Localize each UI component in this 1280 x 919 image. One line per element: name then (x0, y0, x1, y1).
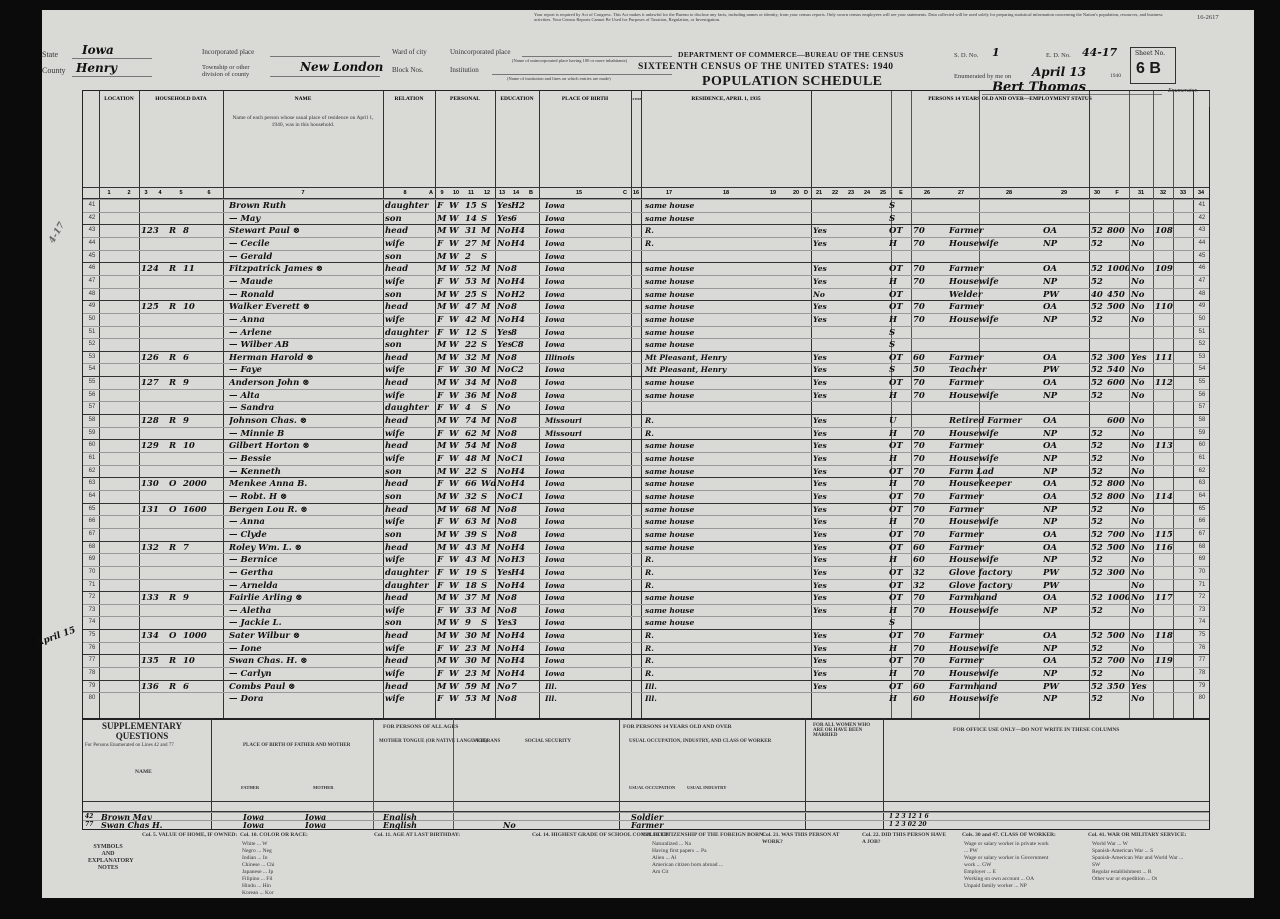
class-of-worker: NP (1043, 693, 1073, 706)
line-number: 62 (85, 468, 99, 474)
table-row: 6767— ClydesonMW39SNo8Iowasame houseYesO… (83, 528, 1209, 542)
column-number: 10 (449, 188, 463, 198)
supp-mother-tongue: MOTHER TONGUE (OR NATIVE LANGUAGE) (379, 739, 487, 744)
line-number-right: 69 (1195, 556, 1209, 562)
line-number-right: 54 (1195, 366, 1209, 372)
column-number: 4 (153, 188, 167, 198)
note-col11: Col. 11. AGE AT LAST BIRTHDAY: (374, 832, 460, 839)
line-number: 49 (85, 303, 99, 309)
line-number: 79 (85, 683, 99, 689)
line-number: 42 (85, 215, 99, 221)
class-of-worker-code: Wage or salary worker in private work ..… (964, 841, 1054, 855)
table-row: 6868132R7Roley Wm. L. ⊗headMW43MNoH4Iowa… (83, 541, 1209, 555)
line-number: 57 (85, 404, 99, 410)
line-number: 44 (85, 240, 99, 246)
line-number-right: 47 (1195, 278, 1209, 284)
column-number: C (619, 188, 631, 198)
column-number: 25 (875, 188, 891, 198)
grade: 8 (511, 693, 525, 706)
line-number: 51 (85, 329, 99, 335)
column-number: 28 (979, 188, 1039, 198)
color-code: Filipino ... Fil (242, 876, 352, 883)
line-number-right: 78 (1195, 670, 1209, 676)
column-number: 15 (539, 188, 619, 198)
line-number-right: 61 (1195, 455, 1209, 461)
column-number: 13 (495, 188, 509, 198)
group-birthplace: PLACE OF BIRTH (539, 91, 632, 107)
form-code: 16-2617 (1197, 14, 1219, 21)
state-value: Iowa (82, 43, 114, 57)
group-name: NAME (223, 91, 384, 107)
at-work (813, 693, 833, 706)
line-number: 77 (85, 821, 99, 829)
table-row: 5353126R6Herman Harold ⊗headMW32MNo8Illi… (83, 351, 1209, 365)
column-number: 2 (119, 188, 139, 198)
note-col30: Cols. 30 and 47. CLASS OF WORKER: (962, 832, 1056, 839)
line-number-right: 57 (1195, 404, 1209, 410)
table-row: 6464— Robt. H ⊗sonMW32SNoC1Iowasame hous… (83, 490, 1209, 504)
line-number-right: 45 (1195, 253, 1209, 259)
class-of-worker-code: Unpaid family worker ... NP (964, 883, 1054, 890)
line-number: 52 (85, 341, 99, 347)
residence-1935: Ill. (645, 693, 755, 706)
column-number: 18 (697, 188, 755, 198)
group-education: EDUCATION (495, 91, 540, 107)
line-number: 47 (85, 278, 99, 284)
line-number: 46 (85, 265, 99, 271)
column-number: 14 (509, 188, 523, 198)
column-number: 21 (811, 188, 827, 198)
table-row: 6363130O2000Menkee Anna B.headFW66WdNoH4… (83, 477, 1209, 491)
column-number: B (523, 188, 539, 198)
line-number: 59 (85, 430, 99, 436)
line-number-right: 43 (1195, 227, 1209, 233)
table-row: 6666— AnnawifeFW63MNo8Iowasame houseYesH… (83, 515, 1209, 529)
line-number: 72 (85, 594, 99, 600)
sheet-number-box: Sheet No. 6 B (1130, 47, 1176, 84)
table-row: 6969— BernicewifeFW43MNoH3IowaR.YesH60Ho… (83, 553, 1209, 567)
note-col16: Col. 16. CITIZENSHIP OF THE FOREIGN BORN… (642, 832, 765, 839)
township-label: Township or other division of county (202, 64, 268, 78)
column-number: 30 (1089, 188, 1105, 198)
table-row: 6565131O1600Bergen Lou R. ⊗headMW68MNo8I… (83, 503, 1209, 517)
line-number-right: 48 (1195, 291, 1209, 297)
table-row: 7575134O1000Sater Wilbur ⊗headMW30MNoH4I… (83, 629, 1209, 643)
color-code: Korean ... Kor (242, 890, 352, 897)
supp-usual-occ-head: USUAL OCCUPATION (629, 785, 675, 790)
line-number: 75 (85, 632, 99, 638)
line-number-right: 56 (1195, 392, 1209, 398)
color-code: Negro ... Neg (242, 848, 352, 855)
other-income: No (1131, 693, 1153, 706)
line-number-right: 75 (1195, 632, 1209, 638)
line-number: 65 (85, 506, 99, 512)
supp-mother-head: MOTHER (313, 785, 334, 790)
usual-occupation: Farmer (631, 821, 701, 829)
column-number: 8 (383, 188, 427, 198)
note-col5: Col. 5. VALUE OF HOME, IF OWNED: (142, 832, 237, 839)
table-row: 7070— GerthadaughterFW19SYesH4IowaR.YesO… (83, 566, 1209, 580)
table-row: 4242— MaysonMW14SYes6Iowasame houseS (83, 212, 1209, 226)
table-row: 7777135R10Swan Chas. H. ⊗headMW30MNoH4Io… (83, 654, 1209, 668)
column-number: 11 (463, 188, 479, 198)
line-number-right: 46 (1195, 265, 1209, 271)
employment-status: H (889, 693, 911, 706)
supp-all-ages: FOR PERSONS OF ALL AGES (383, 724, 458, 730)
color-code: Chinese ... Chi (242, 862, 352, 869)
column-number: 24 (859, 188, 875, 198)
military-code: Spanish-American War ... S (1092, 848, 1192, 855)
table-row: 7272133R9Fairlie Arling ⊗headMW37MNo8Iow… (83, 591, 1209, 605)
table-row: 4545— GeraldsonMW2SIowa (83, 250, 1209, 264)
table-row: 5050— AnnawifeFW42MNoH4Iowasame houseYes… (83, 313, 1209, 327)
supp-usual-group: USUAL OCCUPATION, INDUSTRY, AND CLASS OF… (629, 739, 771, 744)
column-number: 5 (167, 188, 195, 198)
line-number: 76 (85, 645, 99, 651)
unincorporated-label: Unincorporated place (450, 48, 510, 56)
color-code: White ... W (242, 841, 352, 848)
table-row: 5454— FayewifeFW30MNoC2IowaMt Pleasant, … (83, 363, 1209, 377)
table-row: 6161— BessiewifeFW48MNoC1Iowasame houseY… (83, 452, 1209, 466)
hours: 60 (913, 693, 939, 706)
supp-subtitle: For Persons Enumerated on Lines 42 and 7… (85, 743, 174, 748)
group-employment: PERSONS 14 YEARS OLD AND OVER—EMPLOYMENT… (811, 91, 1210, 107)
line-number-right: 60 (1195, 442, 1209, 448)
citizenship-code-list: Naturalized ... NaHaving first papers ..… (652, 841, 732, 876)
color-code: Japanese ... Jp (242, 869, 352, 876)
supp-veterans: VETERANS (473, 739, 500, 744)
column-number: 17 (641, 188, 697, 198)
line-number-right: 74 (1195, 619, 1209, 625)
column-number: 26 (911, 188, 943, 198)
farm-schedule (1155, 693, 1173, 706)
table-row: 5252— Wilber ABsonMW22SYesC8Iowasame hou… (83, 338, 1209, 352)
supp-women: FOR ALL WOMEN WHO ARE OR HAVE BEEN MARRI… (813, 723, 875, 738)
enumerated-year: 1940 (1110, 73, 1121, 79)
table-row: 7474— Jackie L.sonMW9SYes3Iowasame house… (83, 616, 1209, 630)
table-row: 6262— KennethsonMW22SNoH4Iowasame houseY… (83, 465, 1209, 479)
column-number: E (891, 188, 911, 198)
ed-value: 44-17 (1082, 46, 1117, 59)
supp-social-security: SOCIAL SECURITY (525, 739, 571, 744)
table-row: 4848— RonaldsonMW25SNoH2Iowasame houseNo… (83, 288, 1209, 302)
citizenship-code: Naturalized ... Na (652, 841, 732, 848)
line-number-right: 52 (1195, 341, 1209, 347)
line-number: 67 (85, 531, 99, 537)
military-code-list: World War ... WSpanish-American War ... … (1092, 841, 1192, 883)
supp-office: FOR OFFICE USE ONLY—DO NOT WRITE IN THES… (953, 727, 1119, 733)
table-row: 8080— DorawifeFW53MNo8Ill.Ill.H60Housewi… (83, 692, 1209, 706)
class-of-worker-code: Wage or salary worker in Government work… (964, 855, 1054, 869)
incorporated-label: Incorporated place (202, 48, 254, 56)
institution-label: Institution (450, 66, 479, 74)
column-number: A (427, 188, 435, 198)
table-row: 4646124R11Fitzpatrick James ⊗headMW52MNo… (83, 262, 1209, 276)
column-number: 3 (139, 188, 153, 198)
color-code-list: White ... WNegro ... NegIndian ... InChi… (242, 841, 352, 897)
supp-row: 77Swan Chas H.IowaIowaEnglishNoFarmer1 2… (83, 820, 1209, 829)
sd-label: S. D. No. (954, 52, 978, 59)
column-number: F (1105, 188, 1129, 198)
line-number: 61 (85, 455, 99, 461)
table-row: 7676— IonewifeFW23MNoH4IowaR.YesH70House… (83, 642, 1209, 656)
group-location: LOCATION (99, 91, 140, 107)
school-attendance: No (497, 693, 511, 706)
explanatory-notes: SYMBOLS AND EXPLANATORY NOTES Col. 5. VA… (82, 830, 1208, 890)
line-number-right: 42 (1195, 215, 1209, 221)
table-row: 7979136R6Combs Paul ⊗headMW59MNo7Ill.Ill… (83, 680, 1209, 694)
age: 53 (465, 693, 479, 706)
line-number: 58 (85, 417, 99, 423)
column-number: 27 (943, 188, 979, 198)
supp-usual-ind-head: USUAL INDUSTRY (687, 785, 726, 790)
line-number-right: 73 (1195, 607, 1209, 613)
supp-name: Swan Chas H. (101, 821, 211, 829)
supp-title: SUPPLEMENTARY QUESTIONS (87, 721, 197, 741)
sex: F (437, 693, 447, 706)
mother-birthplace: Iowa (305, 821, 365, 829)
sheet-value: 6 B (1136, 60, 1161, 78)
group-household: HOUSEHOLD DATA (139, 91, 224, 107)
line-number: 80 (85, 695, 99, 701)
line-number: 56 (85, 392, 99, 398)
line-number-right: 68 (1195, 544, 1209, 550)
table-row: 5959— Minnie BwifeFW62MNo8MissouriR.YesH… (83, 427, 1209, 441)
line-number-right: 77 (1195, 657, 1209, 663)
column-number: 6 (195, 188, 223, 198)
line-number-right: 79 (1195, 683, 1209, 689)
table-row: 4747— MaudewifeFW53MNoH4Iowasame houseYe… (83, 275, 1209, 289)
line-number-right: 80 (1195, 695, 1209, 701)
column-number: 32 (1153, 188, 1173, 198)
line-number: 66 (85, 518, 99, 524)
census-title: SIXTEENTH CENSUS OF THE UNITED STATES: 1… (638, 62, 894, 72)
line-number-right: 53 (1195, 354, 1209, 360)
institution-note: (Name of institution and lines on which … (507, 76, 611, 81)
population-table: LOCATION HOUSEHOLD DATA NAME RELATION PE… (82, 90, 1210, 720)
column-number: 31 (1129, 188, 1153, 198)
column-number: D (801, 188, 811, 198)
line-number: 77 (85, 657, 99, 663)
name-header-text: Name of each person whose usual place of… (228, 115, 378, 128)
group-personal: PERSONAL DESCRIPTION (435, 91, 496, 107)
line-number-right: 50 (1195, 316, 1209, 322)
class-of-worker-code-list: Wage or salary worker in private work ..… (964, 841, 1054, 890)
line-number: 71 (85, 582, 99, 588)
column-number: 29 (1039, 188, 1089, 198)
supp-over14: FOR PERSONS 14 YEARS OLD AND OVER (623, 724, 732, 730)
line-number-right: 59 (1195, 430, 1209, 436)
table-row: 7878— CarlynwifeFW23MNoH4IowaR.YesH70Hou… (83, 667, 1209, 681)
column-number: 19 (755, 188, 791, 198)
line-number: 78 (85, 670, 99, 676)
marital-status: M (481, 693, 495, 706)
column-number: 23 (843, 188, 859, 198)
line-number-right: 65 (1195, 506, 1209, 512)
group-relation: RELATION (383, 91, 436, 107)
legal-notice: Your report is required by Act of Congre… (534, 12, 1174, 22)
table-row: 4141Brown RuthdaughterFW15SYesH2Iowasame… (83, 199, 1209, 213)
line-number-right: 55 (1195, 379, 1209, 385)
line-number-right: 72 (1195, 594, 1209, 600)
citizenship-code: American citizen born abroad ... Am Cit (652, 862, 732, 876)
table-row: 4444— CecilewifeFW27MNoH4IowaR.YesH70Hou… (83, 237, 1209, 251)
column-number: 20 (791, 188, 801, 198)
column-number: 33 (1173, 188, 1193, 198)
line-number: 55 (85, 379, 99, 385)
supp-name-head: NAME (135, 769, 152, 775)
note-col41: Col. 41. WAR OR MILITARY SERVICE: (1088, 832, 1186, 839)
home-value (183, 693, 221, 706)
line-number: 63 (85, 480, 99, 486)
enumerated-date: April 13 (1032, 65, 1086, 79)
group-residence: RESIDENCE, APRIL 1, 1935 (641, 91, 812, 107)
office-codes: 1 2 3 02 20 (889, 821, 1039, 829)
supp-father-head: FATHER (241, 785, 259, 790)
line-number: 41 (85, 202, 99, 208)
color-code: Hindu ... Hin (242, 883, 352, 890)
wages (1107, 693, 1129, 706)
column-number: 9 (435, 188, 449, 198)
line-number: 54 (85, 366, 99, 372)
citizenship-code: Alien ... Al (652, 855, 732, 862)
table-row: 7373— AlethawifeFW33MNo8Iowasame houseYe… (83, 604, 1209, 618)
line-number: 60 (85, 442, 99, 448)
symbols-title: SYMBOLS AND EXPLANATORY NOTES (88, 844, 128, 872)
home-owned (169, 693, 179, 706)
column-number: 12 (479, 188, 495, 198)
supp-parents-birth: PLACE OF BIRTH OF FATHER AND MOTHER (243, 743, 350, 748)
veteran: No (503, 821, 523, 829)
line-number-right: 64 (1195, 493, 1209, 499)
line-number: 48 (85, 291, 99, 297)
line-number-right: 66 (1195, 518, 1209, 524)
occupation: Housewife (949, 693, 1039, 706)
line-number-right: 49 (1195, 303, 1209, 309)
line-number-right: 51 (1195, 329, 1209, 335)
table-row: 5656— AltawifeFW36MNo8Iowasame houseYesH… (83, 389, 1209, 403)
ward-label: Ward of city (392, 48, 427, 56)
table-row: 5151— ArlenedaughterFW12SYes8Iowasame ho… (83, 326, 1209, 340)
schedule-title: POPULATION SCHEDULE (702, 74, 882, 90)
mother-tongue: English (383, 821, 453, 829)
county-label: County (42, 66, 66, 75)
line-number: 53 (85, 354, 99, 360)
note-col10: Col. 10. COLOR OR RACE: (240, 832, 308, 839)
line-number-right: 62 (1195, 468, 1209, 474)
person-name: — Dora (229, 693, 383, 706)
table-row: 5858128R9Johnson Chas. ⊗headMW74MNo8Miss… (83, 414, 1209, 428)
table-row: 4343123R8Stewart Paul ⊗headMW31MNoH4Iowa… (83, 224, 1209, 238)
class-of-worker-code: Working on own account ... OA (964, 876, 1054, 883)
father-birthplace: Iowa (243, 821, 303, 829)
table-row: 4949125R10Walker Everett ⊗headMW47MNo8Io… (83, 300, 1209, 314)
military-code: Regular establishment ... R (1092, 869, 1192, 876)
column-number: 1 (99, 188, 119, 198)
line-number: 64 (85, 493, 99, 499)
note-col22: Col. 22. DID THIS PERSON HAVE A JOB? (862, 832, 948, 846)
military-code: Other war or expedition ... Ot (1092, 876, 1192, 883)
line-number: 74 (85, 619, 99, 625)
block-label: Block Nos. (392, 66, 424, 74)
unincorporated-note: (Name of unincorporated place having 100… (512, 58, 627, 63)
column-number: 16 (631, 188, 641, 198)
ed-label: E. D. No. (1046, 52, 1071, 59)
class-of-worker-code: Employer ... E (964, 869, 1054, 876)
citizenship-code: Having first papers ... Pa (652, 848, 732, 855)
township-value: New London (300, 60, 383, 74)
line-number: 50 (85, 316, 99, 322)
sd-value: 1 (992, 46, 1000, 59)
dwelling-number (141, 693, 167, 706)
table-row: 5757— SandradaughterFW4SNoIowa (83, 401, 1209, 415)
line-number: 69 (85, 556, 99, 562)
line-number: 45 (85, 253, 99, 259)
table-row: 7171— ArneldadaughterFW18SNoH4IowaR.YesO… (83, 579, 1209, 593)
column-number: 7 (223, 188, 383, 198)
note-col21: Col. 21. WAS THIS PERSON AT WORK? (762, 832, 842, 846)
line-number-right: 70 (1195, 569, 1209, 575)
line-number-right: 58 (1195, 417, 1209, 423)
military-code: Spanish-American War and World War ... S… (1092, 855, 1192, 869)
table-row: 6060129R10Gilbert Horton ⊗headMW54MNo8Io… (83, 439, 1209, 453)
line-number-right: 63 (1195, 480, 1209, 486)
county-value: Henry (76, 61, 117, 75)
line-number-right: 71 (1195, 582, 1209, 588)
column-number: 34 (1193, 188, 1209, 198)
enumerated-label: Enumerated by me on (954, 73, 1011, 80)
line-number: 70 (85, 569, 99, 575)
column-number: 22 (827, 188, 843, 198)
state-label: State (42, 50, 58, 59)
birthplace: Ill. (545, 693, 625, 706)
line-number-right: 67 (1195, 531, 1209, 537)
race: W (449, 693, 463, 706)
line-number: 68 (85, 544, 99, 550)
line-number-right: 44 (1195, 240, 1209, 246)
color-code: Indian ... In (242, 855, 352, 862)
relation: wife (385, 693, 435, 706)
line-number: 73 (85, 607, 99, 613)
line-number-right: 41 (1195, 202, 1209, 208)
department-title: DEPARTMENT OF COMMERCE—BUREAU OF THE CEN… (678, 50, 904, 59)
military-code: World War ... W (1092, 841, 1192, 848)
line-number: 43 (85, 227, 99, 233)
line-number-right: 76 (1195, 645, 1209, 651)
sheet-label: Sheet No. (1135, 50, 1165, 57)
supplementary-questions: SUPPLEMENTARY QUESTIONS For Persons Enum… (82, 718, 1210, 830)
table-row: 5555127R9Anderson John ⊗headMW34MNo8Iowa… (83, 376, 1209, 390)
